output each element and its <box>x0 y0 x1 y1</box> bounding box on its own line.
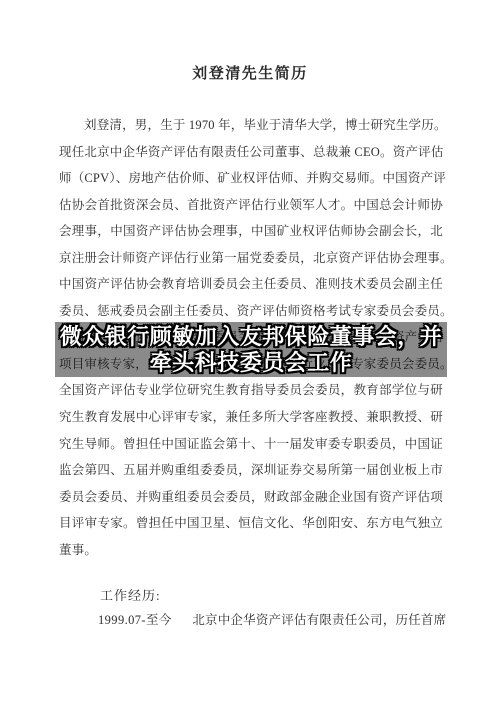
bio-line: 刘登清，男，生于 1970 年，毕业于清华大学，博士研究生学历。 <box>59 112 443 139</box>
document-page: 刘登清先生简历 刘登清，男，生于 1970 年，毕业于清华大学，博士研究生学历。… <box>0 0 500 706</box>
bio-line: 董事。 <box>59 537 443 564</box>
work-entry-period: 1999.07-至今 <box>98 610 172 628</box>
bio-line: 京注册会计师资产评估行业第一届党委委员，北京资产评估协会理事。 <box>59 245 443 272</box>
overlay-headline-line: 微众银行顾敏加入友邦保险董事会，并 <box>60 324 443 350</box>
bio-line: 估协会首批资深会员、首批资产评估行业领军人才。中国总会计师协 <box>59 192 443 219</box>
news-headline-overlay: 微众银行顾敏加入友邦保险董事会，并 牵头科技委员会工作 <box>55 322 447 377</box>
bio-line: 监会第四、五届并购重组委委员，深圳证券交易所第一届创业板上市 <box>59 457 443 484</box>
bio-line: 委员会委员、并购重组委员会委员，财政部金融企业国有资产评估项 <box>59 484 443 511</box>
bio-line: 目评审专家。曾担任中国卫星、恒信文化、华创阳安、东方电气独立 <box>59 510 443 537</box>
bio-line: 全国资产评估专业学位研究生教育指导委员会委员，教育部学位与研 <box>59 377 443 404</box>
bio-line: 现任北京中企华资产评估有限责任公司董事、总裁兼 CEO。资产评估 <box>59 139 443 166</box>
work-entry-description: 北京中企华资产评估有限责任公司，历任首席 <box>192 610 446 628</box>
overlay-headline-line: 牵头科技委员会工作 <box>150 350 353 376</box>
bio-line: 究生教育发展中心评审专家，兼任多所大学客座教授、兼职教授、研 <box>59 404 443 431</box>
bio-line: 委员、惩戒委员会副主任委员、资产评估师资格考试专家委员会委员。 <box>59 298 443 325</box>
bio-line: 师（CPV）、房地产估价师、矿业权评估师、并购交易师。中国资产评 <box>59 165 443 192</box>
work-history-entry: 1999.07-至今 北京中企华资产评估有限责任公司，历任首席 <box>98 610 458 628</box>
bio-line: 会理事，中国资产评估协会理事，中国矿业权评估师协会副会长，北 <box>59 218 443 245</box>
bio-line: 中国资产评估协会教育培训委员会主任委员、准则技术委员会副主任 <box>59 271 443 298</box>
work-history-heading: 工作经历: <box>100 585 161 604</box>
bio-line: 究生导师。曾担任中国证监会第十、十一届发审委专职委员，中国证 <box>59 431 443 458</box>
document-title: 刘登清先生简历 <box>0 62 500 83</box>
